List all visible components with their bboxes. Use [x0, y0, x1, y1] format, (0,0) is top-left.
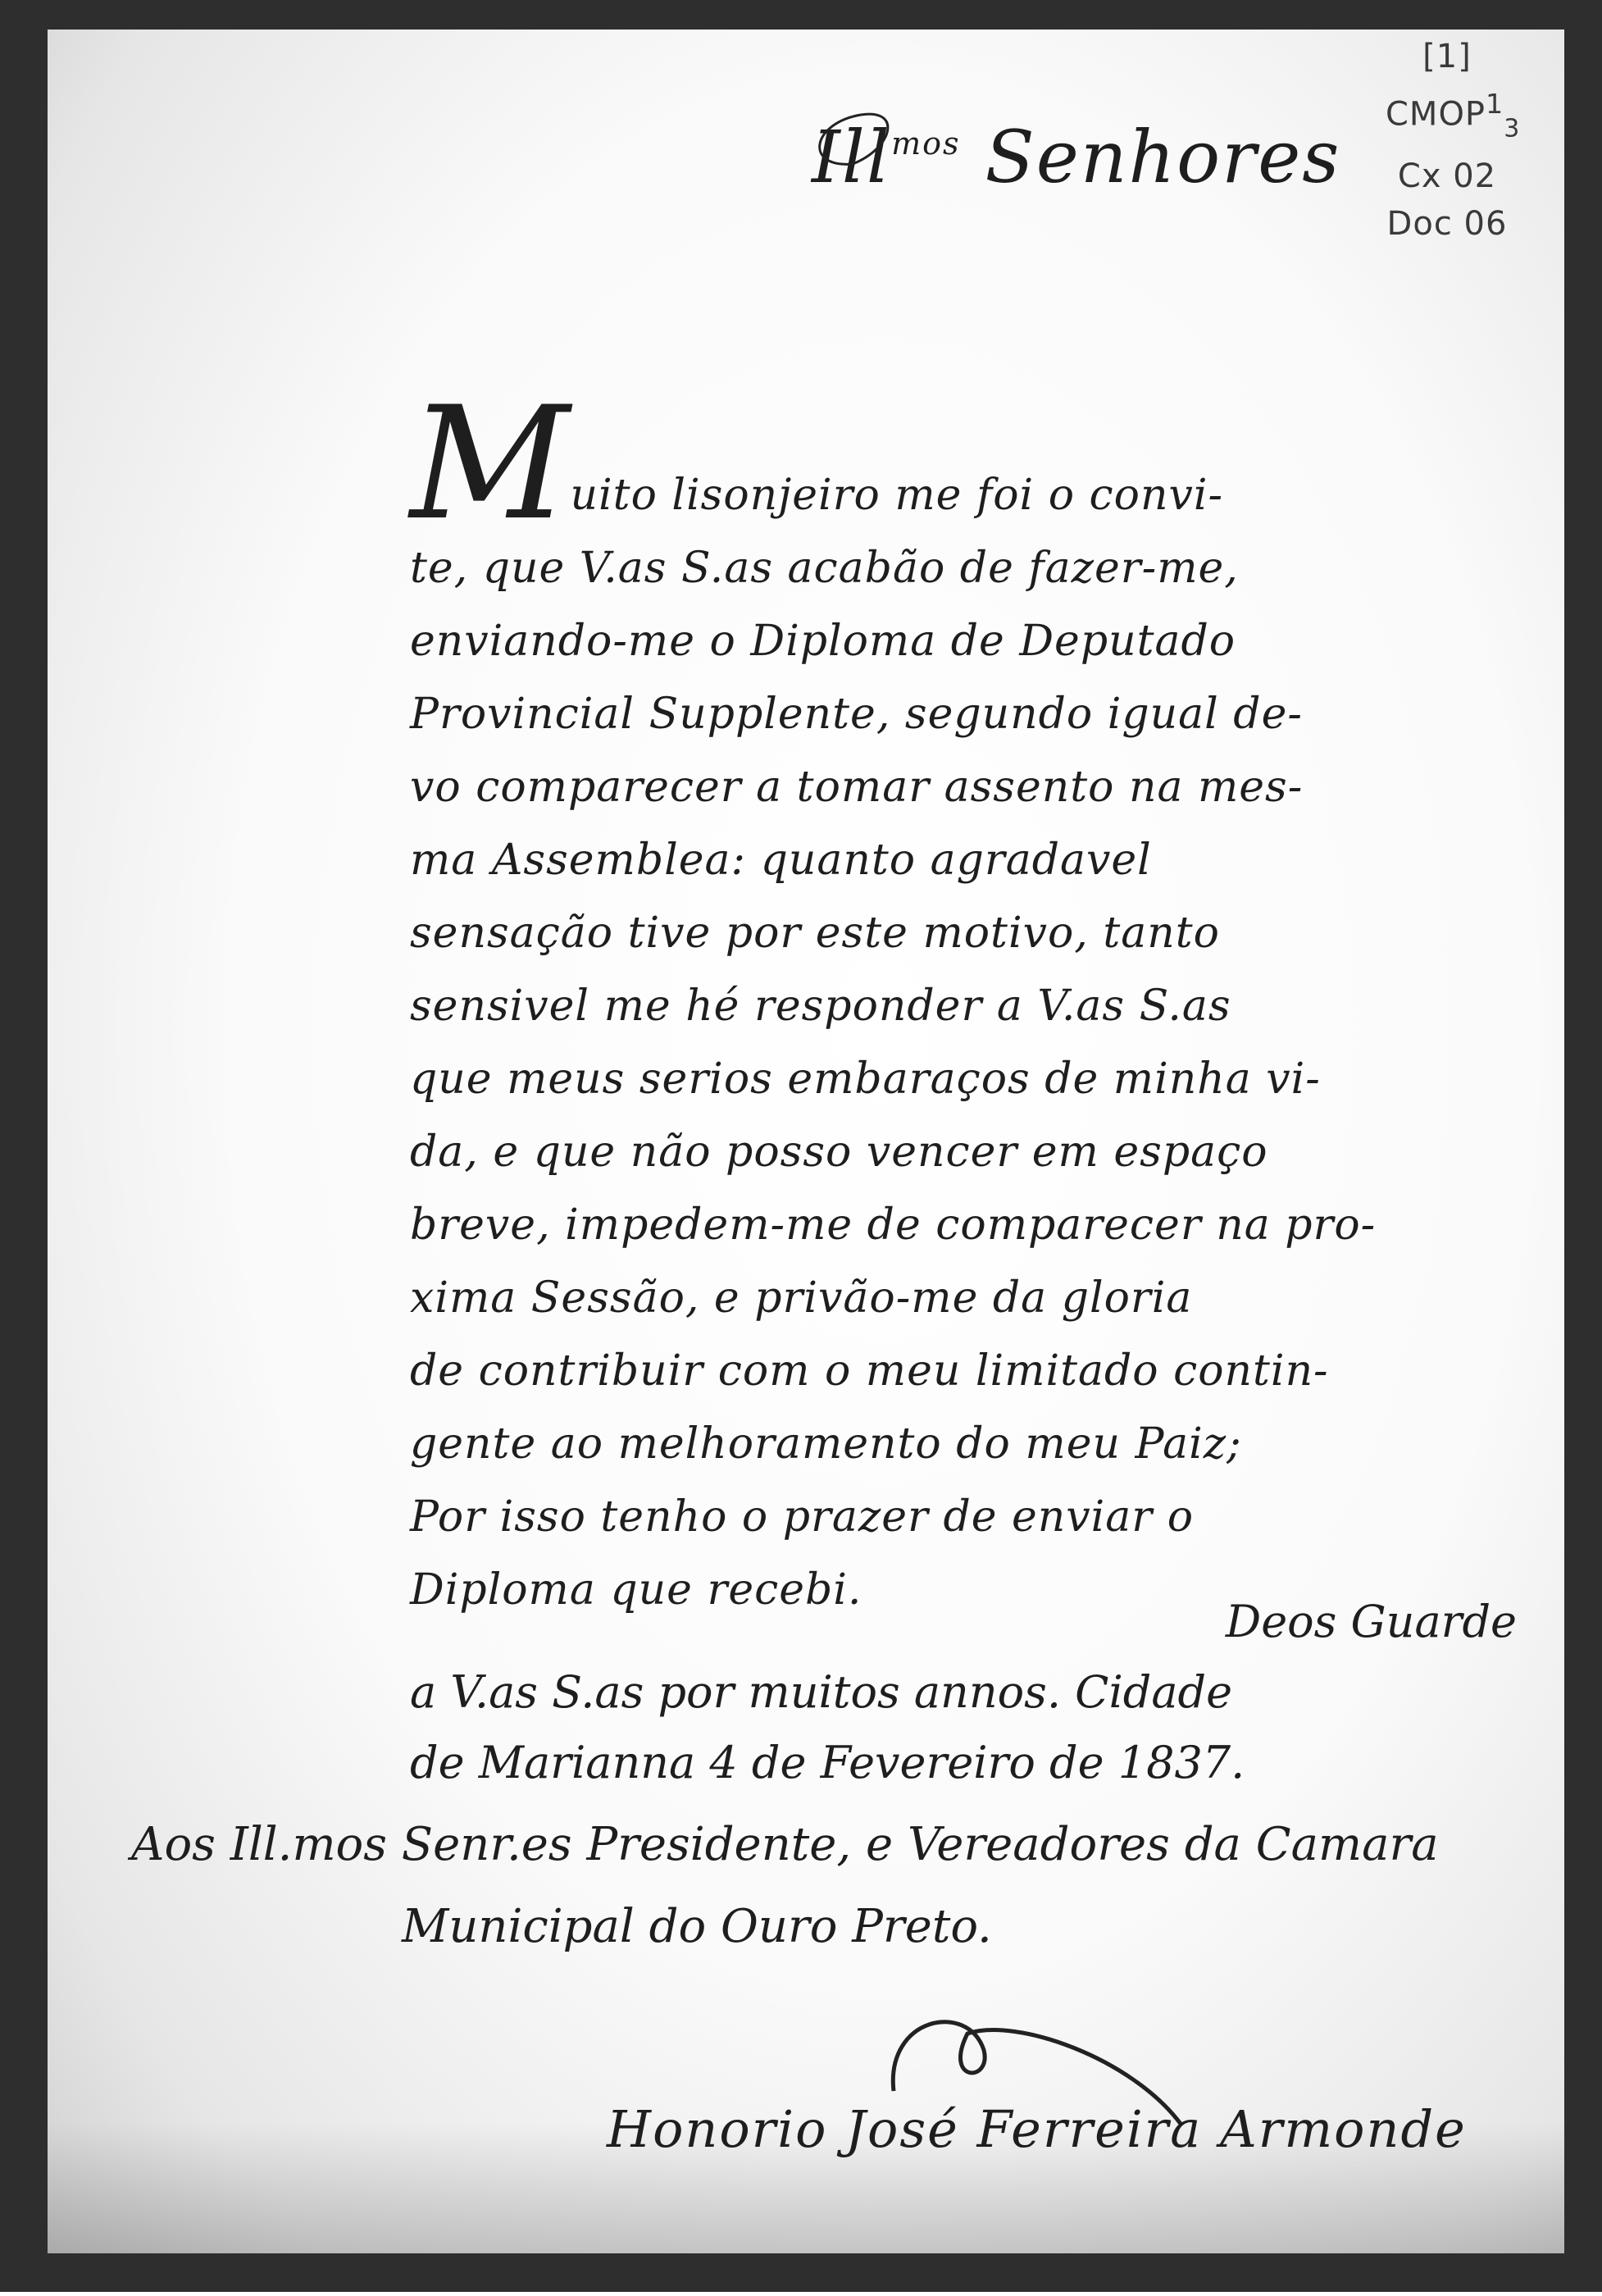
scan-border [0, 2292, 1602, 2296]
letter-body: Muito lisonjeiro me foi o convi- te, que… [410, 459, 1525, 1627]
archive-box: Cx 02 [1386, 153, 1509, 200]
body-line: Muito lisonjeiro me foi o convi- [410, 459, 1525, 532]
archive-bracket-number: [1] [1386, 33, 1509, 80]
body-line: enviando-me o Diploma de Deputado [410, 605, 1525, 678]
body-line: sensivel me hé responder a V.as S.as [410, 970, 1525, 1043]
body-line: te, que V.as S.as acabão de fazer-me, [410, 532, 1525, 605]
salutation-word: Senhores [985, 115, 1340, 199]
addressee-block: Aos Ill.mos Senr.es Presidente, e Veread… [131, 1804, 1439, 1968]
body-line: ma Assemblea: quanto agradavel [410, 824, 1525, 897]
body-line: breve, impedem-me de comparecer na pro- [410, 1189, 1525, 1262]
body-line: sensação tive por este motivo, tanto [410, 897, 1525, 970]
archive-doc: Doc 06 [1386, 200, 1509, 248]
addressee-line-2: Municipal do Ouro Preto. [131, 1886, 1439, 1968]
body-line: de contribuir com o meu limitado contin- [410, 1335, 1525, 1408]
archive-reference-stamp: [1] CMOP13 Cx 02 Doc 06 [1386, 33, 1509, 248]
signature: Honorio José Ferreira Armonde [607, 2099, 1467, 2159]
body-line: gente ao melhoramento do meu Paiz; [410, 1408, 1525, 1481]
addressee-line-1: Aos Ill.mos Senr.es Presidente, e Veread… [131, 1804, 1439, 1886]
closing-line-1: a V.as S.as por muitos annos. Cidade [410, 1657, 1525, 1728]
body-line: da, e que não posso vencer em espaço [410, 1116, 1525, 1189]
body-line: xima Sessão, e privão-me da gloria [410, 1262, 1525, 1335]
salutation-abbrev: Ill [812, 115, 891, 199]
body-line: que meus serios embaraços de minha vi- [410, 1043, 1525, 1116]
archive-collection: CMOP13 [1386, 80, 1509, 153]
salutation: Illmos Senhores [812, 115, 1340, 199]
closing-line-2: de Marianna 4 de Fevereiro de 1837. [410, 1728, 1525, 1798]
salutation-superscript: mos [891, 125, 960, 162]
body-line: Por isso tenho o prazer de enviar o [410, 1481, 1525, 1554]
body-line: vo comparecer a tomar assento na mes- [410, 751, 1525, 824]
body-line: Provincial Supplente, segundo igual de- [410, 678, 1525, 751]
closing-blessing: Deos Guarde [410, 1587, 1525, 1657]
letter-closing: Deos Guarde a V.as S.as por muitos annos… [410, 1587, 1525, 1798]
